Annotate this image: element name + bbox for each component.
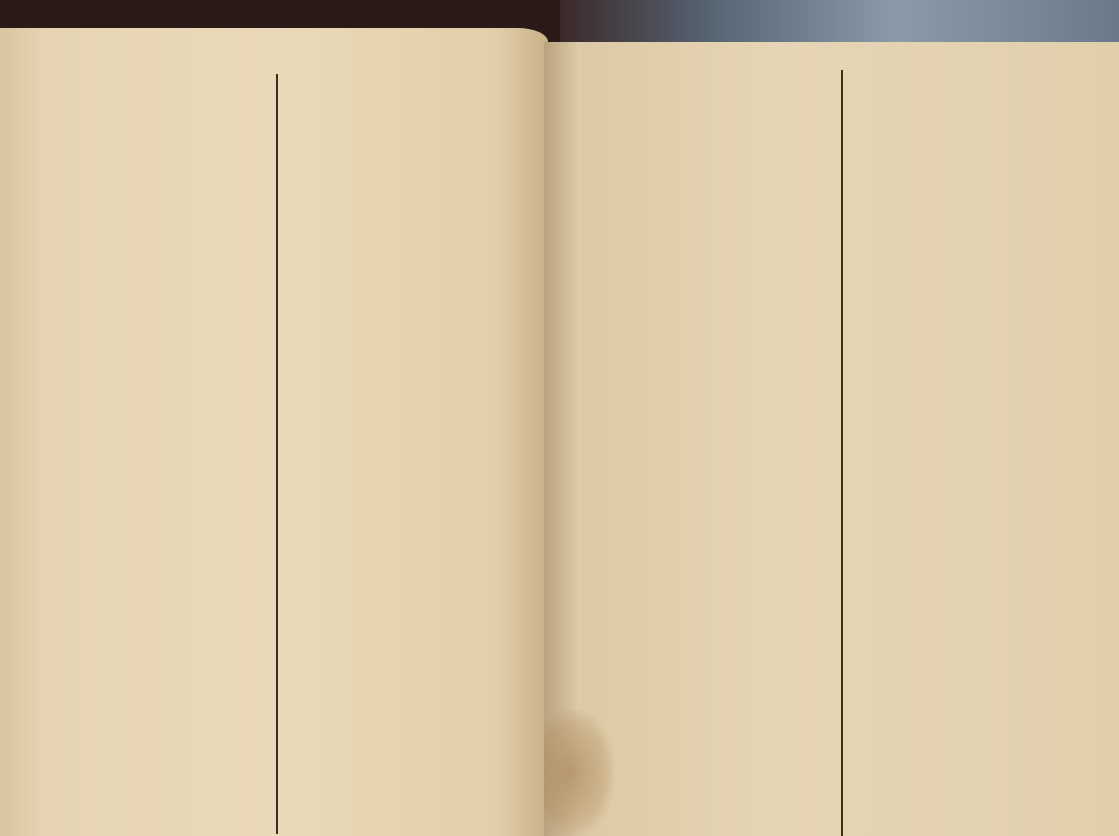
background-surface	[560, 0, 1119, 42]
right-page	[544, 42, 1119, 836]
water-stain	[544, 710, 614, 836]
column-divider	[841, 70, 843, 836]
column-divider	[276, 74, 278, 834]
left-page	[0, 28, 548, 836]
